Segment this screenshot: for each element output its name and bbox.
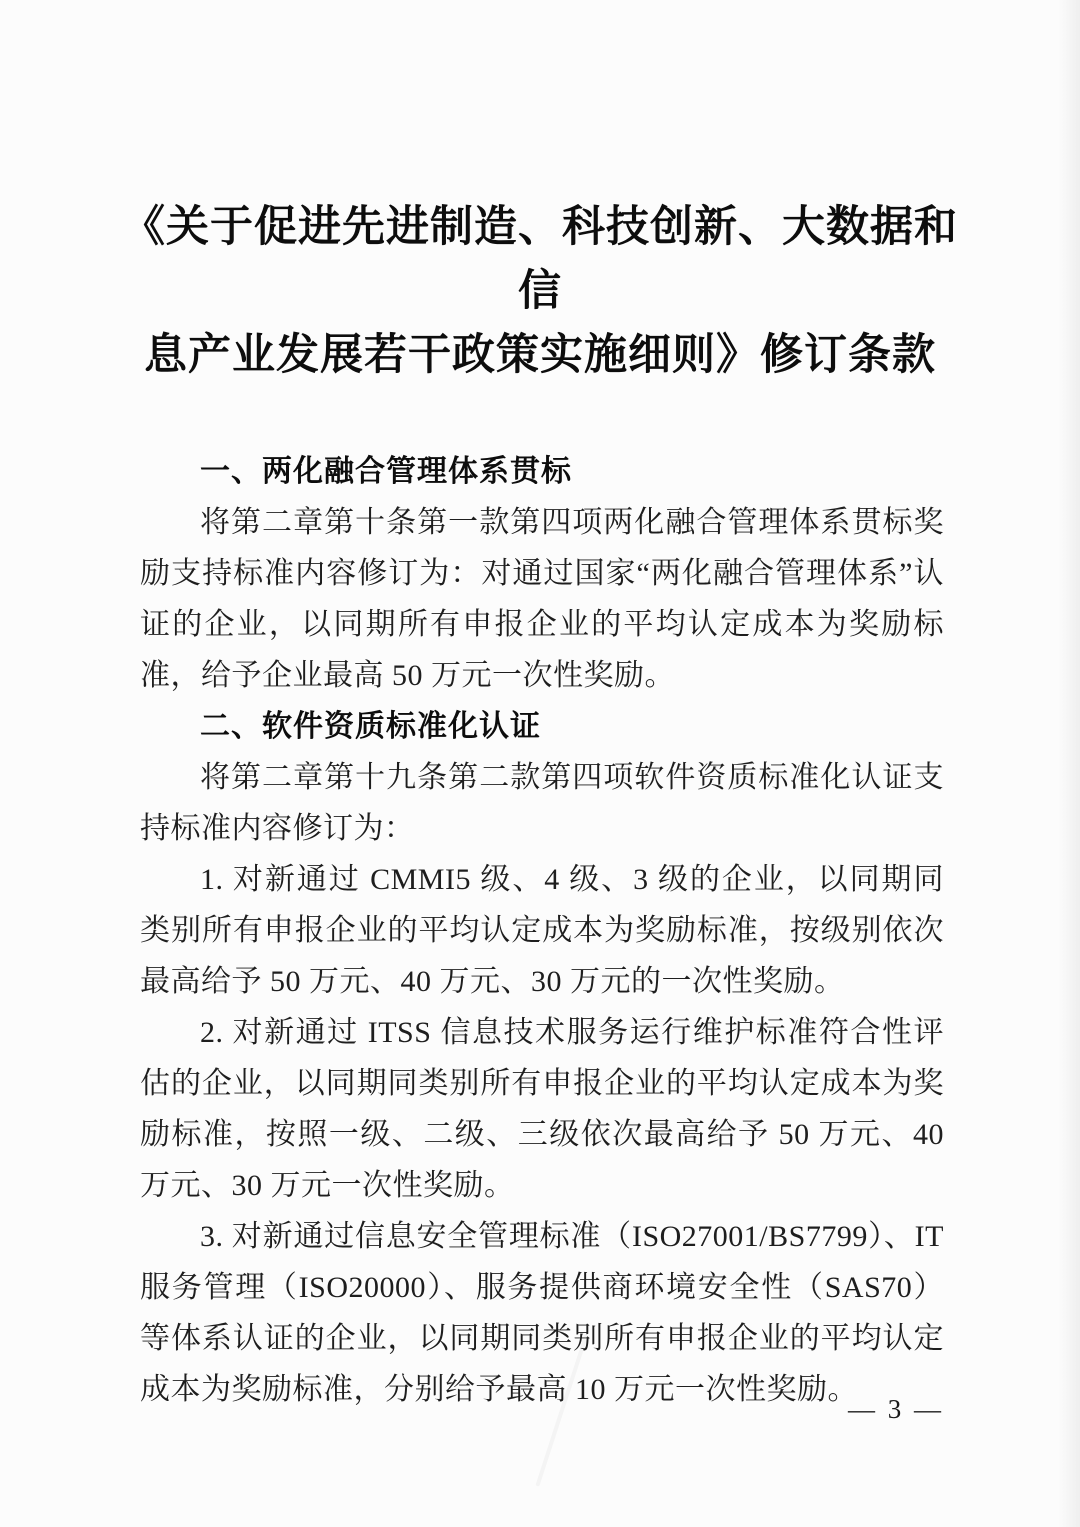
title-line-1: 《关于促进先进制造、科技创新、大数据和信 [120, 196, 960, 324]
section-2-item-2: 2. 对新通过 ITSS 信息技术服务运行维护标准符合性评估的企业，以同期同类别… [140, 1007, 944, 1211]
section-2-heading: 二、软件资质标准化认证 [140, 701, 944, 752]
document-title: 《关于促进先进制造、科技创新、大数据和信 息产业发展若干政策实施细则》修订条款 [0, 0, 1080, 388]
section-2-item-1: 1. 对新通过 CMMI5 级、4 级、3 级的企业，以同期同类别所有申报企业的… [140, 854, 944, 1007]
section-1-paragraph-1: 将第二章第十条第一款第四项两化融合管理体系贯标奖励支持标准内容修订为：对通过国家… [140, 497, 944, 701]
page-number: — 3 — [848, 1394, 944, 1425]
section-2-item-3: 3. 对新通过信息安全管理标准（ISO27001/BS7799）、IT 服务管理… [140, 1211, 944, 1415]
section-2-intro-paragraph: 将第二章第十九条第二款第四项软件资质标准化认证支持标准内容修订为： [140, 752, 944, 854]
section-1: 一、两化融合管理体系贯标 将第二章第十条第一款第四项两化融合管理体系贯标奖励支持… [140, 446, 944, 701]
section-1-heading: 一、两化融合管理体系贯标 [140, 446, 944, 497]
title-line-2: 息产业发展若干政策实施细则》修订条款 [120, 324, 960, 388]
document-body: 一、两化融合管理体系贯标 将第二章第十条第一款第四项两化融合管理体系贯标奖励支持… [140, 446, 944, 1415]
document-page: 《关于促进先进制造、科技创新、大数据和信 息产业发展若干政策实施细则》修订条款 … [0, 0, 1080, 1527]
section-2: 二、软件资质标准化认证 将第二章第十九条第二款第四项软件资质标准化认证支持标准内… [140, 701, 944, 1415]
